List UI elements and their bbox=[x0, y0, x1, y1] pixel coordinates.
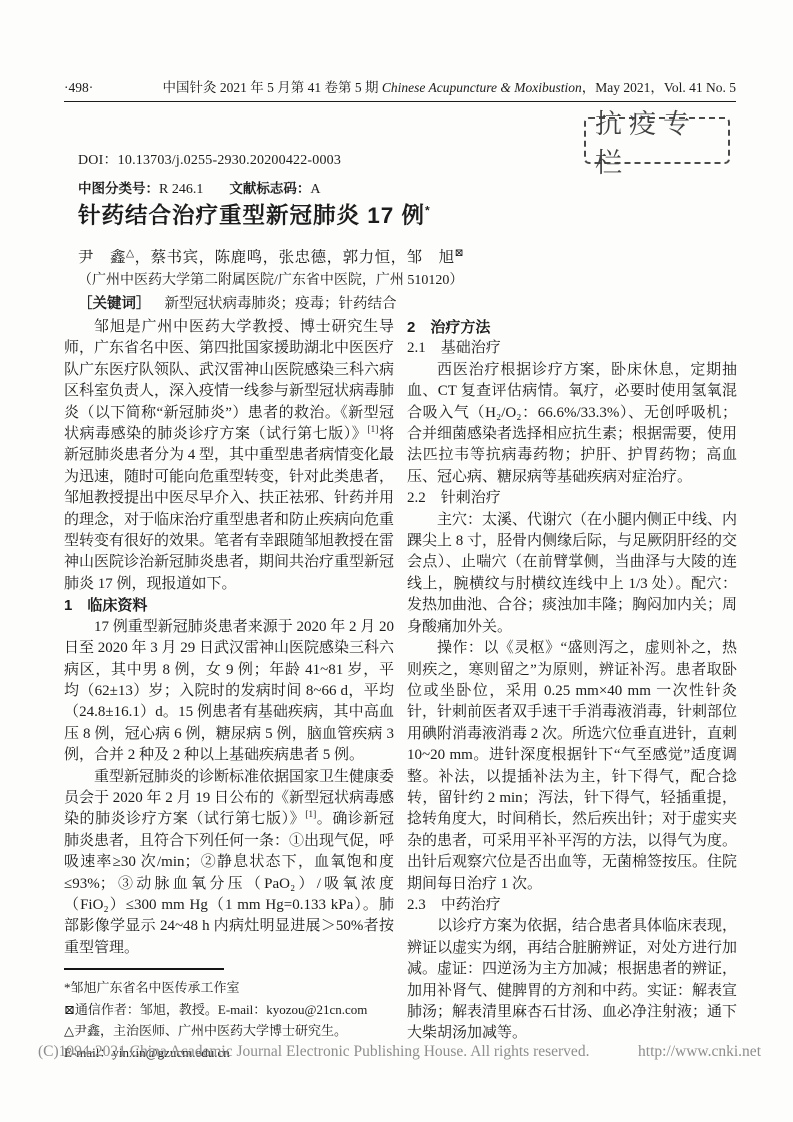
right-column: 2 治疗方法 2.1 基础治疗 西医治疗根据诊疗方案，卧床休息，定期抽血、CT … bbox=[407, 317, 737, 1063]
operation-paragraph: 操作：以《灵枢》“盛则泻之，虚则补之，热则疾之，寒则留之”为原则，辨证补泻。患者… bbox=[407, 638, 737, 895]
journal-citation-rest: ，May 2021，Vol. 41 No. 5 bbox=[582, 80, 736, 95]
basic-treatment-paragraph: 西医治疗根据诊疗方案，卧床休息，定期抽血、CT 复查评估病情。氧疗，必要时使用氢… bbox=[407, 360, 737, 488]
author-first: 尹 鑫 bbox=[78, 249, 126, 266]
footnote-corresponding-author: ⊠通信作者：邹旭，教授。E-mail：kyozou@21cn.com bbox=[64, 999, 394, 1021]
clc-value: R 246.1 bbox=[159, 182, 203, 197]
page-header: ·498· 中国针灸 2021 年 5 月第 41 卷第 5 期 Chinese… bbox=[64, 76, 736, 102]
journal-citation-cn: 中国针灸 2021 年 5 月第 41 卷第 5 期 bbox=[163, 80, 382, 95]
left-column: 邹旭是广州中医药大学教授、博士研究生导师，广东省名中医、第四批国家援助湖北中医医… bbox=[64, 317, 394, 1063]
doc-code-value: A bbox=[310, 182, 320, 197]
clc-label: 中图分类号： bbox=[78, 181, 159, 196]
classification-line: 中图分类号：R 246.1文献标志码：A bbox=[78, 177, 320, 198]
herbal-treatment-paragraph: 以诊疗方案为依据，结合患者具体临床表现，辨证以虚实为纲，再结合脏腑辨证，对处方进… bbox=[407, 916, 737, 1044]
affiliation: （广州中医药大学第二附属医院/广东省中医院，广州 510120） bbox=[78, 269, 463, 289]
clinical-data-paragraph-1: 17 例重型新冠肺炎患者来源于 2020 年 2 月 20 日至 2020 年 … bbox=[64, 617, 394, 767]
title-footnote-marker: * bbox=[425, 204, 431, 218]
article-body: 邹旭是广州中医药大学教授、博士研究生导师，广东省名中医、第四批国家援助湖北中医医… bbox=[64, 317, 737, 1063]
cnki-copyright-footer: (C)1994-2021 China Academic Journal Elec… bbox=[38, 1043, 761, 1061]
clinical-data-paragraph-2: 重型新冠肺炎的诊断标准依据国家卫生健康委员会于 2020 年 2 月 19 日公… bbox=[64, 767, 394, 960]
journal-name-en: Chinese Acupuncture & Moxibustion bbox=[382, 80, 582, 95]
article-title-text: 针药结合治疗重型新冠肺炎 17 例 bbox=[78, 203, 425, 228]
section-2-1-heading: 2.1 基础治疗 bbox=[407, 338, 737, 359]
author-line: 尹 鑫△，蔡书宾，陈鹿鸣，张忠德，郭力恒，邹 旭⊠ bbox=[78, 245, 464, 267]
doi-line: DOI：10.13703/j.0255-2930.20200422-0003 bbox=[78, 149, 341, 169]
reference-marker-2: [1] bbox=[305, 810, 316, 820]
intro-paragraph: 邹旭是广州中医药大学教授、博士研究生导师，广东省名中医、第四批国家援助湖北中医医… bbox=[64, 317, 394, 595]
reference-marker-1: [1] bbox=[367, 425, 378, 435]
footnote-first-author: △尹鑫，主治医师、广州中医药大学博士研究生。 bbox=[64, 1020, 394, 1042]
intro-text-a: 邹旭是广州中医药大学教授、博士研究生导师，广东省名中医、第四批国家援助湖北中医医… bbox=[64, 319, 394, 442]
acupoints-paragraph: 主穴：太溪、代谢穴（在小腿内侧正中线、内踝尖上 8 寸，胫骨内侧缘后际，与足厥阴… bbox=[407, 510, 737, 638]
copyright-text: (C)1994-2021 China Academic Journal Elec… bbox=[38, 1043, 589, 1061]
keywords-label: ［关键词］ bbox=[78, 296, 151, 312]
anti-epidemic-column-stamp: 抗疫专栏 bbox=[584, 117, 730, 164]
journal-page: ·498· 中国针灸 2021 年 5 月第 41 卷第 5 期 Chinese… bbox=[0, 0, 793, 1122]
doc-code-label: 文献标志码： bbox=[229, 181, 310, 196]
author-triangle-marker: △ bbox=[126, 248, 135, 259]
cnki-url: http://www.cnki.net bbox=[638, 1043, 761, 1061]
footnote-funding: *邹旭广东省名中医传承工作室 bbox=[64, 977, 394, 999]
corresponding-author-icon: ⊠ bbox=[455, 248, 464, 259]
intro-text-b: 将新冠肺炎患者分为 4 型，其中重型患者病情变化最为迅速，随时可能向危重型转变，… bbox=[64, 426, 394, 592]
diagnosis-text-b: 。确诊新冠肺炎患者，且符合下列任何一条：①出现气促，呼吸速率≥30 次/min；… bbox=[64, 811, 394, 955]
author-rest: ，蔡书宾，陈鹿鸣，张忠德，郭力恒，邹 旭 bbox=[135, 249, 455, 266]
section-2-heading: 2 治疗方法 bbox=[407, 317, 737, 338]
journal-citation: 中国针灸 2021 年 5 月第 41 卷第 5 期 Chinese Acupu… bbox=[163, 76, 736, 96]
section-2-3-heading: 2.3 中药治疗 bbox=[407, 895, 737, 916]
footnote-separator bbox=[64, 968, 224, 970]
section-1-heading: 1 临床资料 bbox=[64, 595, 394, 616]
keywords-line: ［关键词］新型冠状病毒肺炎；疫毒；针药结合 bbox=[78, 292, 397, 313]
page-number: ·498· bbox=[64, 80, 93, 96]
section-2-2-heading: 2.2 针刺治疗 bbox=[407, 488, 737, 509]
keywords-text: 新型冠状病毒肺炎；疫毒；针药结合 bbox=[165, 296, 397, 312]
article-title: 针药结合治疗重型新冠肺炎 17 例* bbox=[78, 198, 431, 230]
